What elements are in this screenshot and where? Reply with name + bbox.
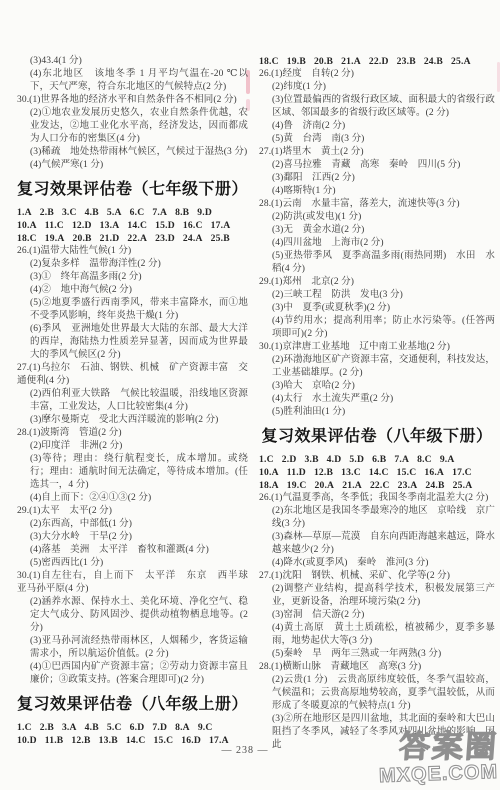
- answer-paragraph: (4)节约用水；提高利用率；防止水污染等。(任答两项即可)(2 分): [259, 315, 495, 341]
- answer-key-item: 20.A: [314, 479, 334, 492]
- watermark-site-text: MXQE.COM: [378, 760, 498, 788]
- answer-key-item: 15.C: [397, 466, 417, 479]
- answer-key-item: 7.A: [394, 453, 409, 466]
- answer-paragraph: 28.(1)横断山脉 青藏地区 高寒(3 分): [259, 661, 495, 674]
- answer-key-item: 1.A: [17, 206, 32, 219]
- answer-paragraph: (3)① 终年高温多雨(2 分): [17, 271, 248, 284]
- answer-key-row: 10.A11.C12.D13.A14.C15.D16.C17.A: [17, 219, 248, 232]
- answer-key-row: 18.C19.A20.B21.D22.A23.D24.A25.B: [17, 232, 248, 245]
- answer-paragraph: (4)黄土高原 黄土土质疏松，植被稀少，夏季多暴雨，地势起伏大等(3 分): [259, 622, 495, 648]
- answer-key-item: 23.B: [397, 55, 416, 68]
- answer-key-item: 21.A: [342, 479, 362, 492]
- answer-key-item: 24.A: [183, 232, 203, 245]
- answer-key-item: 24.B: [424, 55, 443, 68]
- answer-paragraph: (3)鄱阳 江西(2 分): [259, 172, 495, 185]
- answer-paragraph: (2)环渤海地区矿产资源丰富，交通便利，科技发达，工业基础雄厚。(2 分): [259, 354, 495, 380]
- answer-key-item: 23.A: [398, 479, 418, 492]
- answer-paragraph: 26.(1)经度 自转(2 分): [259, 68, 495, 81]
- answer-key-item: 8.C: [417, 453, 432, 466]
- answer-key-item: 13.C: [341, 466, 361, 479]
- answer-key-item: 8.A: [175, 721, 190, 734]
- answer-key-item: 20.B: [314, 55, 333, 68]
- answer-key-item: 23.D: [155, 232, 175, 245]
- answer-paragraph: (2)涵养水源、保持水土、美化环境、净化空气、稳定大气成分、防风固沙、提供动植物…: [17, 596, 248, 635]
- answer-paragraph: (2)防洪(或发电)(1 分): [259, 211, 495, 224]
- answer-key-item: 14.C: [369, 466, 389, 479]
- answer-key-item: 2.D: [282, 453, 297, 466]
- answer-paragraph: (4)降水(或夏季风) 秦岭 淮河(3 分): [259, 557, 495, 570]
- answer-key-item: 2.B: [40, 206, 54, 219]
- answer-key-item: 21.D: [100, 232, 120, 245]
- answer-key-item: 7.A: [152, 206, 167, 219]
- answer-paragraph: (3)亚马孙河流经热带雨林区，人烟稀少，客货运输需求小，所以航运价值低。(2 分…: [17, 635, 248, 661]
- answer-paragraph: (5)密西西比(1 分): [17, 557, 248, 570]
- answer-key-row: 18.C19.B20.B21.A22.D23.B24.B25.A: [259, 55, 495, 68]
- answer-paragraph: (2)①地农业发展历史悠久，农业自然条件优越，农业发达，②地工业化水平高，经济发…: [17, 107, 248, 146]
- answer-key-item: 6.D: [130, 721, 145, 734]
- answer-paragraph: (5)秦岭 旱 两年三熟或一年两熟(3 分): [259, 648, 495, 661]
- answer-key-item: 25.B: [211, 232, 230, 245]
- answer-paragraph: (3)哈大 京哈(2 分): [259, 380, 495, 393]
- answer-paragraph: (3)大分水岭 干旱(2 分): [17, 531, 248, 544]
- answer-key-item: 17.C: [452, 466, 472, 479]
- answer-paragraph: 26.(1)温带大陆性气候(1 分): [17, 245, 248, 258]
- section-title: 复习效果评估卷（七年级下册）: [17, 180, 248, 200]
- answer-key-item: 5.C: [107, 721, 122, 734]
- answer-key-item: 25.A: [451, 55, 471, 68]
- answer-paragraph: (4)自上而下：②④①③(2 分): [17, 492, 248, 505]
- answer-key-item: 16.A: [424, 466, 444, 479]
- answer-paragraph: (4)东北地区 该地冬季 1 月平均气温在-20 ℃以下，天气严寒，符合东北地区…: [17, 68, 248, 94]
- answer-key-item: 4.B: [85, 721, 99, 734]
- answer-paragraph: (4)①巴西国内矿产资源丰富；②劳动力资源丰富且廉价；③政策支持。(答案合理即可…: [17, 661, 248, 687]
- answer-key-item: 9.A: [440, 453, 455, 466]
- answer-key-item: 4.B: [85, 206, 99, 219]
- answer-key-item: 9.C: [198, 721, 213, 734]
- section-title: 复习效果评估卷（八年级上册）: [17, 695, 248, 715]
- answer-paragraph: (5)胜利油田(1 分): [259, 406, 495, 419]
- answer-key-item: 19.B: [287, 55, 306, 68]
- answer-paragraph: (2)喜马拉雅 青藏 高寒 秦岭 四川(5 分): [259, 159, 495, 172]
- answer-paragraph: (2)印度洋 非洲(2 分): [17, 440, 248, 453]
- answer-paragraph: (3)无 黄金水道(2 分): [259, 224, 495, 237]
- answer-paragraph: (3)位置最偏西的省级行政区域、面积最大的省级行政区域、邻国最多的省级行政区域等…: [259, 94, 495, 120]
- answer-key-item: 18.A: [259, 479, 279, 492]
- answer-paragraph: (2)西伯利亚大铁路 气候比较温暖，沿线地区资源丰富，工业发达，人口比较密集(4…: [17, 388, 248, 414]
- answer-key-item: 8.B: [175, 206, 189, 219]
- answer-key-item: 3.A: [62, 721, 77, 734]
- answer-key-item: 13.A: [100, 219, 120, 232]
- answer-key-item: 2.B: [40, 721, 54, 734]
- answer-paragraph: 30.(1)自左往右，自上而下 太平洋 东京 西半球 亚马孙平原(4 分): [17, 570, 248, 596]
- answer-key-item: 1.C: [17, 721, 32, 734]
- answer-paragraph: 29.(1)郑州 北京(2 分): [259, 276, 495, 289]
- answer-key-item: 7.D: [152, 721, 167, 734]
- answer-paragraph: (6)季风 亚洲地处世界最大大陆的东部、最大大洋的西岸，海陆热力性质差异显著，因…: [17, 323, 248, 362]
- page-number: — 238 —: [0, 745, 490, 756]
- answer-paragraph: (2)调整产业结构，提高科学技术，积极发展第三产业，更新设备，治理环境污染(2 …: [259, 583, 495, 609]
- answer-key-item: 21.A: [341, 55, 361, 68]
- answer-key-item: 15.D: [155, 219, 175, 232]
- answer-paragraph: (2)复杂多样 温带海洋性(2 分): [17, 258, 248, 271]
- answer-paragraph: 28.(1)波斯湾 管道(2 分): [17, 427, 248, 440]
- answer-key-item: 10.A: [17, 219, 37, 232]
- answer-key-item: 22.A: [127, 232, 147, 245]
- answer-key-item: 20.B: [72, 232, 91, 245]
- answer-key-item: 6.C: [130, 206, 145, 219]
- answer-paragraph: 30.(1)世界各地的经济水平和自然条件各不相同(2 分): [17, 94, 248, 107]
- answer-paragraph: (3)43.4(1 分): [17, 55, 248, 68]
- answer-paragraph: (2)纬度(1 分): [259, 81, 495, 94]
- answer-paragraph: (4)太行 水土流失严重(2 分): [259, 393, 495, 406]
- answer-key-item: 10.A: [259, 466, 279, 479]
- answer-paragraph: (2)东北地区是我国冬季最寒冷的地区 京哈线 京广线(3 分): [259, 505, 495, 531]
- answer-paragraph: (4)气候严寒(1 分): [17, 159, 248, 172]
- answer-key-item: 9.D: [197, 206, 212, 219]
- answer-key-row: 18.A19.C20.A21.A22.C23.A24.B25.A: [259, 479, 495, 492]
- answer-paragraph: (2)东西高，中部低(1 分): [17, 518, 248, 531]
- scanned-answer-page: (3)43.4(1 分)(4)东北地区 该地冬季 1 月平均气温在-20 ℃以下…: [0, 0, 500, 790]
- answer-key-item: 4.D: [327, 453, 342, 466]
- answer-paragraph: (4)鲁 济南(2 分): [259, 120, 495, 133]
- answer-key-item: 12.B: [314, 466, 333, 479]
- answer-paragraph: (3)中 夏季(或夏秋季)(2 分): [259, 302, 495, 315]
- answer-paragraph: 26.(1)气温夏季高，冬季低；我国冬季南北温差大(2 分): [259, 492, 495, 505]
- answer-paragraph: (3)森林—草原—荒漠 自东向西距海越来越远，降水越来越少(2 分): [259, 531, 495, 557]
- answer-key-item: 18.C: [259, 55, 279, 68]
- answer-key-item: 1.C: [259, 453, 274, 466]
- answer-paragraph: (3)摩尔曼斯克 受北大西洋暖流的影响(2 分): [17, 414, 248, 427]
- answer-paragraph: (3)窑洞 信天游(2 分): [259, 609, 495, 622]
- answer-paragraph: 28.(1)云南 水量丰富，落差大，流速快等(3 分): [259, 198, 495, 211]
- left-column: (3)43.4(1 分)(4)东北地区 该地冬季 1 月平均气温在-20 ℃以下…: [17, 55, 248, 747]
- answer-key-item: 22.C: [370, 479, 390, 492]
- answer-key-item: 19.A: [45, 232, 65, 245]
- answer-paragraph: (2)三峡工程 防洪 发电(3 分): [259, 289, 495, 302]
- answer-key-item: 18.C: [17, 232, 37, 245]
- answer-key-item: 3.C: [62, 206, 77, 219]
- answer-key-row: 1.C2.B3.A4.B5.C6.D7.D8.A9.C: [17, 721, 248, 734]
- answer-key-row: 1.C2.D3.B4.D5.D6.B7.A8.C9.A: [259, 453, 495, 466]
- answer-key-item: 11.D: [287, 466, 306, 479]
- answer-key-item: 22.D: [369, 55, 389, 68]
- answer-paragraph: (4)四川盆地 上海市(2 分): [259, 237, 495, 250]
- answer-paragraph: 27.(1)塔里木 黄土(2 分): [259, 146, 495, 159]
- answer-key-item: 17.A: [211, 219, 231, 232]
- answer-key-item: 25.A: [453, 479, 473, 492]
- answer-paragraph: (4)喀斯特(1 分): [259, 185, 495, 198]
- answer-key-item: 24.B: [425, 479, 444, 492]
- answer-key-item: 5.A: [107, 206, 122, 219]
- answer-paragraph: (5)②地夏季盛行西南季风，带来丰富降水，而①地不受季风影响，终年炎热干燥(1 …: [17, 297, 248, 323]
- answer-paragraph: 27.(1)沈阳 钢铁、机械、采矿、化学等(2 分): [259, 570, 495, 583]
- answer-key-item: 19.C: [287, 479, 307, 492]
- answer-key-item: 6.B: [372, 453, 386, 466]
- answer-paragraph: 30.(1)京津唐工业基地 辽中南工业基地(2 分): [259, 341, 495, 354]
- answer-key-row: 10.A11.D12.B13.C14.C15.C16.A17.C: [259, 466, 495, 479]
- answer-paragraph: (5)亚热带季风 夏季高温多雨(雨热同期) 水田 水稻(4 分): [259, 250, 495, 276]
- answer-paragraph: (3)稀疏 地处热带雨林气候区，气候过于湿热(3 分): [17, 146, 248, 159]
- section-title: 复习效果评估卷（八年级下册）: [259, 427, 495, 447]
- answer-paragraph: (3)等待；理由：绕行航程变长，成本增加。或绕行；理由：通航时间无法确定，等待成…: [17, 453, 248, 492]
- answer-key-item: 16.C: [183, 219, 203, 232]
- answer-paragraph: (2)云贵(1 分) 云贵高原纬度较低，冬季气温较高，气候温和；云贵高原地势较高…: [259, 674, 495, 713]
- answer-key-row: 1.A2.B3.C4.B5.A6.C7.A8.B9.D: [17, 206, 248, 219]
- answer-key-item: 5.D: [349, 453, 364, 466]
- answer-paragraph: (4)落基 美洲 太平洋 畜牧和灌溉(4 分): [17, 544, 248, 557]
- right-column: 18.C19.B20.B21.A22.D23.B24.B25.A26.(1)经度…: [259, 55, 495, 752]
- answer-key-item: 11.C: [45, 219, 64, 232]
- answer-key-item: 12.D: [72, 219, 92, 232]
- answer-paragraph: 29.(1)太平 太平(2 分): [17, 505, 248, 518]
- answer-key-item: 14.C: [127, 219, 147, 232]
- answer-paragraph: (5)黄 台湾 南(3 分): [259, 133, 495, 146]
- answer-key-item: 3.B: [304, 453, 318, 466]
- answer-paragraph: (4)② 地中海气候(2 分): [17, 284, 248, 297]
- answer-paragraph: 27.(1)乌拉尔 石油、钢铁、机械 矿产资源丰富 交通便利(4 分): [17, 362, 248, 388]
